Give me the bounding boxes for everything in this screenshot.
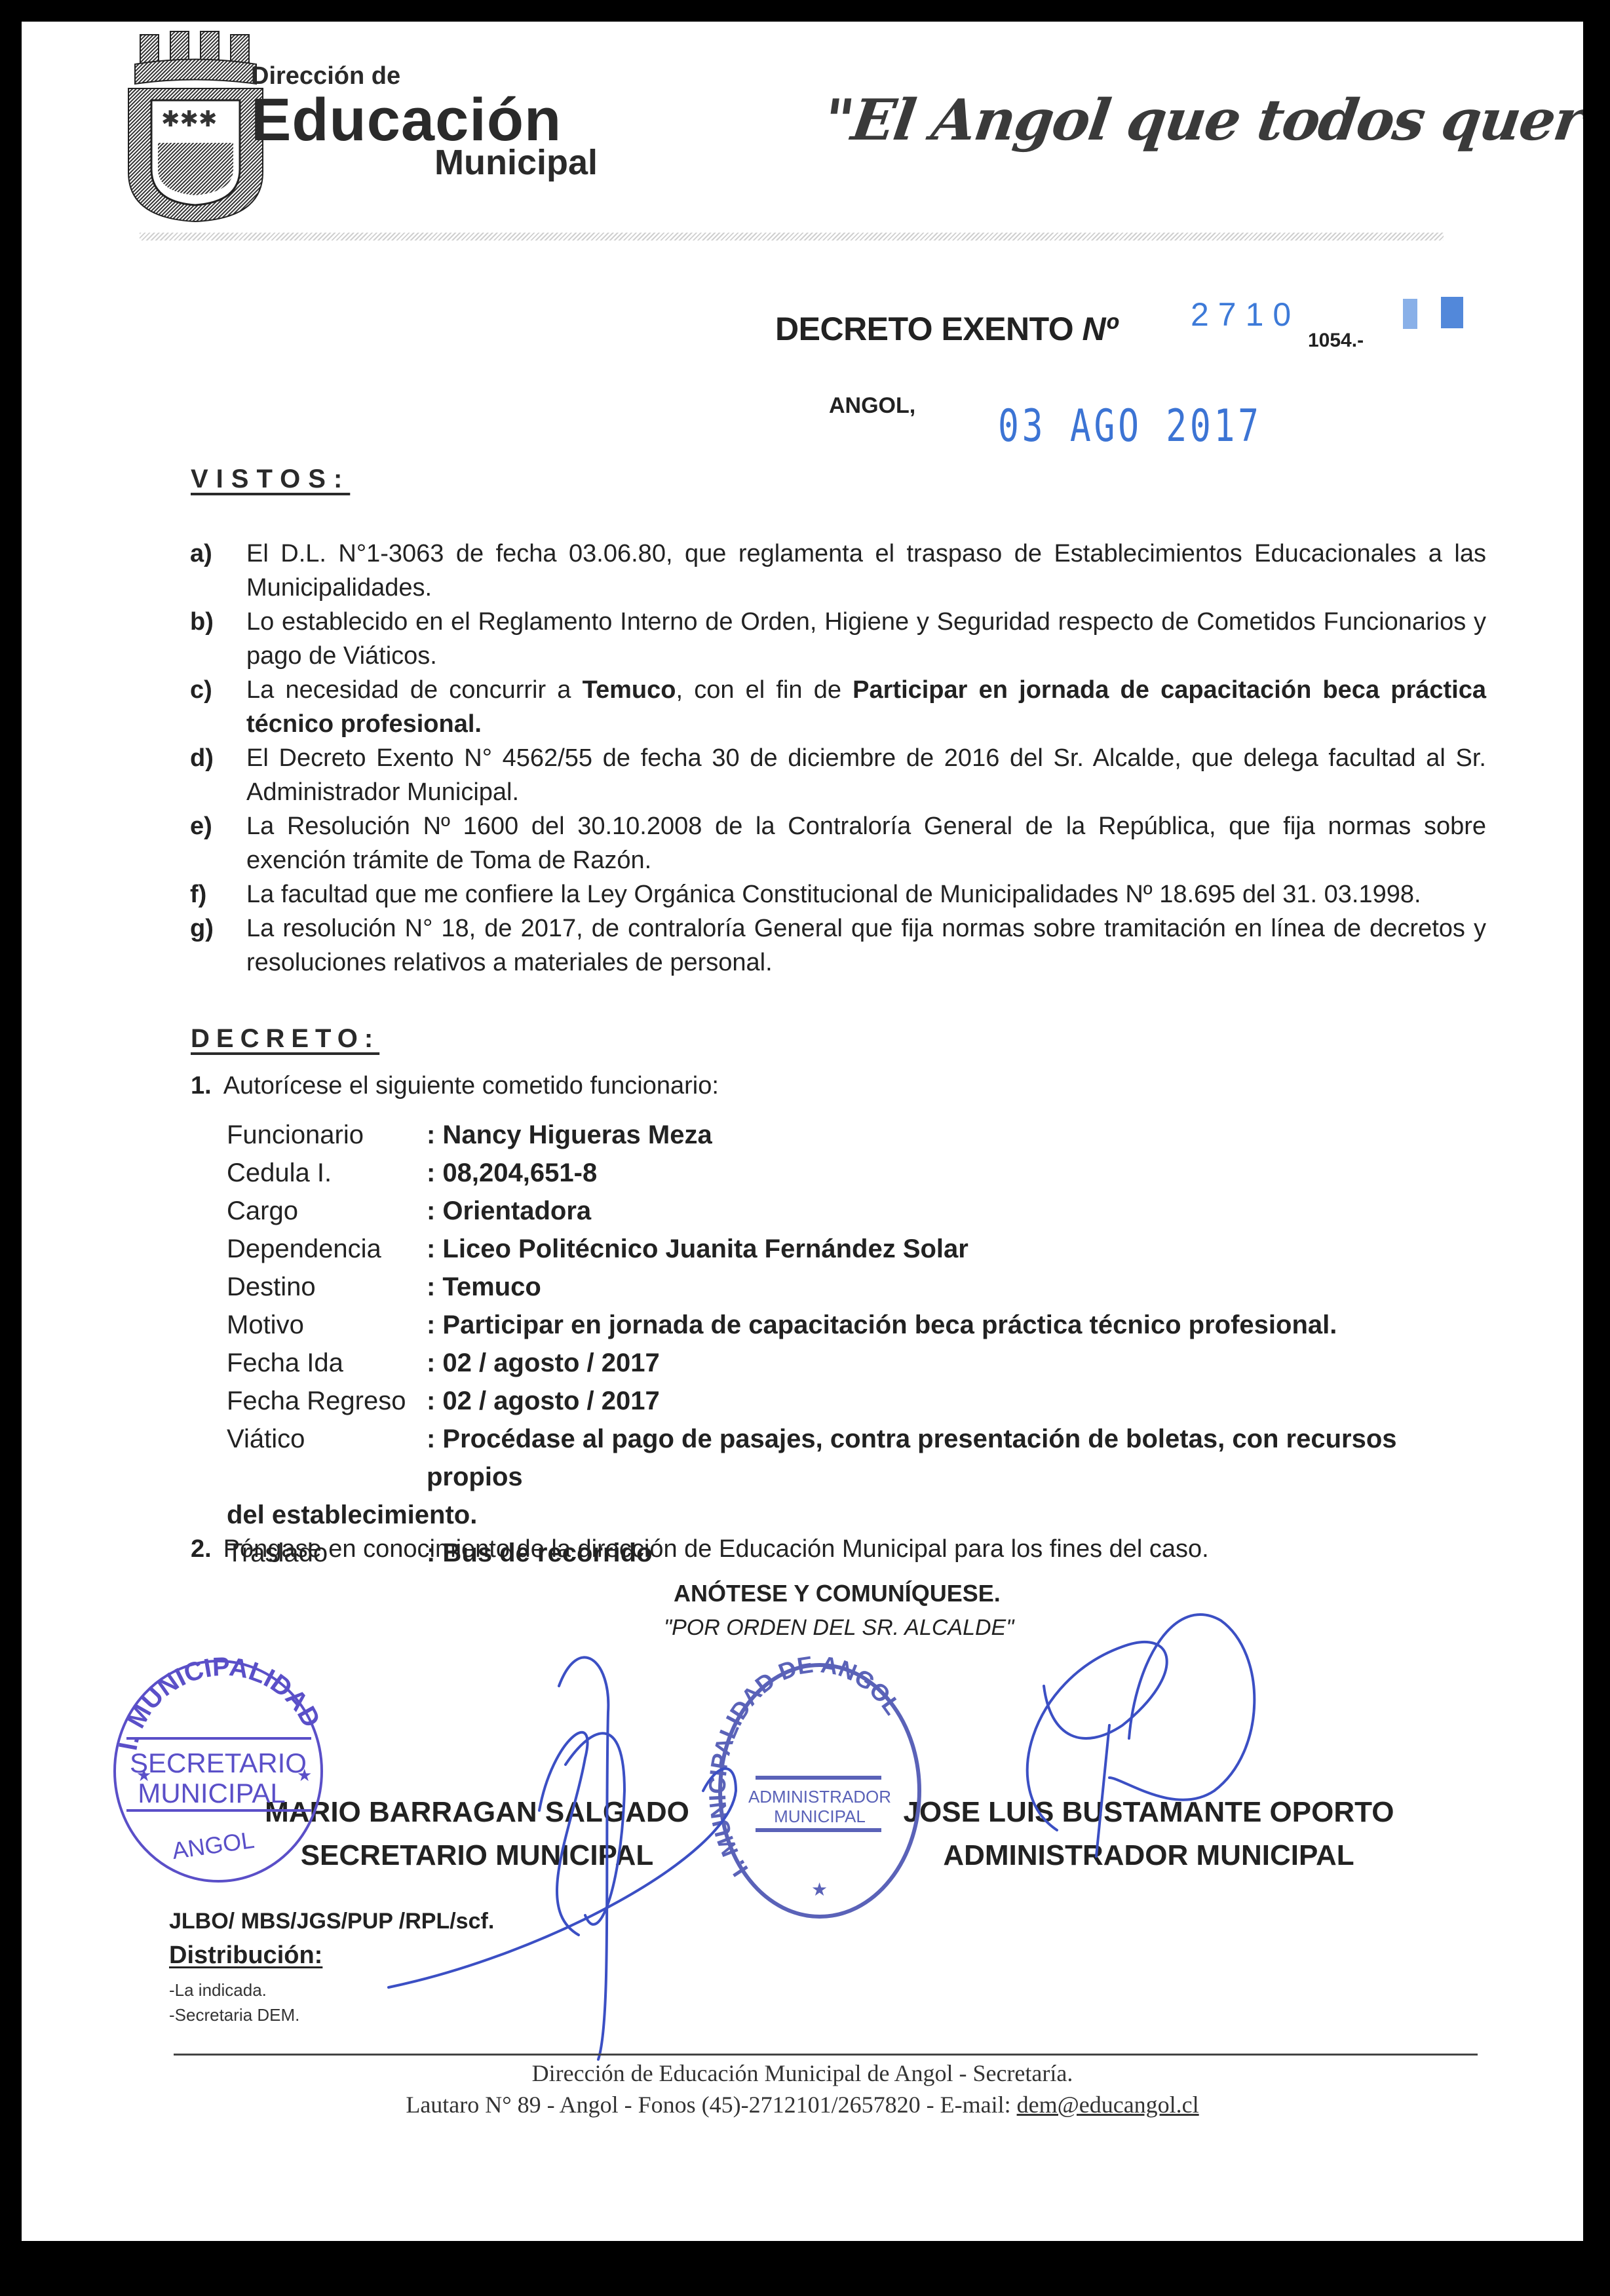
signer-administrador: JOSE LUIS BUSTAMANTE OPORTO ADMINISTRADO… [893,1791,1404,1877]
svg-text:SECRETARIO: SECRETARIO [130,1748,307,1778]
stamp-mark-icon [1403,299,1417,329]
vistos-item: f)La facultad que me confiere la Ley Org… [169,877,1486,911]
anotese-text: ANÓTESE Y COMUNÍQUESE. [674,1580,1001,1607]
vistos-heading: VISTOS: [191,465,350,494]
field-row-cargo: Cargo: Orientadora [227,1192,1485,1230]
svg-text:★: ★ [297,1765,312,1785]
decreto-item-2: 2.Póngase en conocimiento de la direcció… [191,1535,1209,1563]
field-row-dependencia: Dependencia: Liceo Politécnico Juanita F… [227,1230,1485,1268]
signer-role: ADMINISTRADOR MUNICIPAL [893,1834,1404,1877]
document-page: ✱✱✱ Dirección de Educación Municipal "El… [22,22,1583,2241]
org-name-line3: Municipal [434,142,598,183]
svg-text:ADMINISTRADOR: ADMINISTRADOR [748,1787,891,1807]
distribution-item: -La indicada. [169,1978,299,2002]
typed-decree-number: 1054.- [1308,330,1364,352]
stamp-mark-icon [1441,297,1463,328]
email-link[interactable]: dem@educangol.cl [1017,2092,1199,2118]
svg-text:ANGOL: ANGOL [170,1826,256,1864]
vistos-item: b)Lo establecido en el Reglamento Intern… [169,605,1486,673]
field-row-motivo: Motivo: Participar en jornada de capacit… [227,1306,1485,1344]
stamped-date: 03 AGO 2017 [998,400,1262,452]
coat-of-arms-icon: ✱✱✱ [122,28,269,225]
signer-name: JOSE LUIS BUSTAMANTE OPORTO [893,1791,1404,1834]
number-symbol: Nº [1083,311,1117,347]
signer-secretario: MARIO BARRAGAN SALGADO SECRETARIO MUNICI… [248,1791,706,1877]
decree-title-text: DECRETO EXENTO [775,311,1073,347]
administrador-stamp-icon [720,1665,919,1917]
signer-role: SECRETARIO MUNICIPAL [248,1834,706,1877]
footer-line-1: Dirección de Educación Municipal de Ango… [22,2059,1583,2087]
slogan: "El Angol que todos queremos..." [820,87,1583,153]
distribution-item: -Secretaria DEM. [169,2002,299,2027]
vistos-item: g)La resolución N° 18, de 2017, de contr… [169,911,1486,980]
vistos-item: a)El D.L. N°1-3063 de fecha 03.06.80, qu… [169,537,1486,605]
por-orden-text: "POR ORDEN DEL SR. ALCALDE" [664,1615,1014,1641]
field-row-funcionario: Funcionario: Nancy Higueras Meza [227,1116,1485,1154]
decreto-heading: DECRETO: [191,1024,379,1054]
stamped-decree-number: 2710 [1191,296,1300,334]
svg-text:✱✱✱: ✱✱✱ [161,106,217,132]
field-row-destino: Destino: Temuco [227,1268,1485,1306]
viatico-continuation: del establecimiento. [227,1496,1485,1534]
distribution-heading: Distribución: [169,1942,322,1970]
distribution-list: -La indicada. -Secretaria DEM. [169,1978,299,2027]
field-row-fecha-regreso: Fecha Regreso: 02 / agosto / 2017 [227,1382,1485,1420]
cometido-fields: Funcionario: Nancy Higueras Meza Cedula … [227,1116,1485,1572]
svg-text:★: ★ [136,1765,151,1785]
svg-text:★: ★ [811,1879,828,1900]
svg-text:I. MUNICIPALIDAD: I. MUNICIPALIDAD [113,1653,326,1753]
signer-name: MARIO BARRAGAN SALGADO [248,1791,706,1834]
field-row-fecha-ida: Fecha Ida: 02 / agosto / 2017 [227,1344,1485,1382]
field-row-viatico: Viático: Procédase al pago de pasajes, c… [227,1420,1485,1496]
vistos-item: e)La Resolución Nº 1600 del 30.10.2008 d… [169,809,1486,877]
decree-title: DECRETO EXENTO Nº [775,310,1117,348]
svg-text:MUNICIPAL: MUNICIPAL [774,1807,866,1826]
city-label: ANGOL, [829,393,915,419]
decreto-item-1: 1.Autorícese el siguiente cometido funci… [191,1072,719,1100]
header-divider [140,233,1444,240]
vistos-list: a)El D.L. N°1-3063 de fecha 03.06.80, qu… [169,537,1486,980]
references: JLBO/ MBS/JGS/PUP /RPL/scf. [169,1909,494,1934]
footer-line-2: Lautaro N° 89 - Angol - Fonos (45)-27121… [22,2091,1583,2118]
vistos-item: c)La necesidad de concurrir a Temuco, co… [169,673,1486,741]
footer-divider [174,2054,1478,2056]
vistos-item: d)El Decreto Exento N° 4562/55 de fecha … [169,741,1486,809]
svg-text:I. MUNICIPALIDAD DE ANGOL: I. MUNICIPALIDAD DE ANGOL [704,1651,907,1881]
field-row-cedula: Cedula I.: 08,204,651-8 [227,1154,1485,1192]
